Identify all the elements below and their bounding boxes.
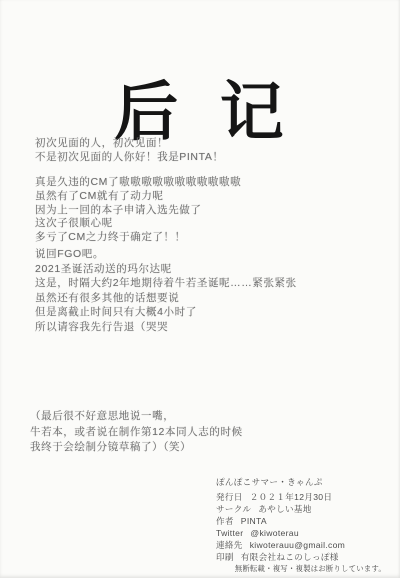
colophon-value: ２０２１年12月30日 [250,491,333,503]
colophon-row-printer: 印刷 有限会社ねこのしっぽ様 [216,551,345,563]
text-line: 但是离截止时间只有大概4小时了 [35,305,297,320]
text-line: 这次子很顺心呢 [35,217,241,231]
text-line: 虽然有了CM就有了动力呢 [35,190,241,204]
text-line: 牛若本，或者说在制作第12本同人志的时候 [30,425,243,441]
fgo-paragraph: 说回FGO吧。 2021圣诞活动送的玛尔达呢 这是，时隔大约2年地期待着牛若圣诞… [35,247,297,335]
colophon-row-twitter: Twitter @kiwoterau [216,527,345,539]
text-line: 虽然还有很多其他的话想要说 [35,291,297,306]
afterword-page: 后 记 初次见面的人，初次见面！ 不是初次见面的人你好！我是PINTA！ 真是久… [0,0,400,578]
text-line: 因为上一回的本子申请入选先做了 [35,204,241,218]
postscript-paragraph: （最后很不好意思地说一嘴， 牛若本，或者说在制作第12本同人志的时候 我终于会绘… [30,409,243,456]
text-line: 2021圣诞活动送的玛尔达呢 [35,262,297,277]
text-line: 真是久违的CM了嗷嗷嗷嗷嗷嗷嗷嗷嗷嗷嗷 [35,176,241,190]
text-line: 初次见面的人，初次见面！ [35,136,224,150]
colophon-value: PINTA [241,515,267,527]
text-line: 多亏了CM之力终于确定了！！ [35,231,241,245]
colophon-row-circle: サークル あやしい基地 [216,503,345,515]
colophon-value: あやしい基地 [258,503,311,515]
colophon-row-contact: 連絡先 kiwoterauu@gmail.com [216,539,345,551]
colophon-label: 連絡先 [216,539,243,551]
copyright-notice: 無断転載・複写・複製はお断りしています。 [235,563,386,574]
text-line: 我终于会绘制分镜草稿了）（笑） [30,440,243,456]
colophon-value: kiwoterauu@gmail.com [250,539,345,551]
text-line: 所以请容我先行告退（哭哭 [35,320,297,335]
colophon-label: サークル [216,503,251,515]
colophon-value: 有限会社ねこのしっぽ様 [241,551,339,563]
text-line: 这是，时隔大约2年地期待着牛若圣诞呢……紧张紧张 [35,276,297,291]
text-line: 说回FGO吧。 [35,247,297,262]
colophon-label: 作者 [216,515,234,527]
colophon: ぽんぽこサマー・きゃんぷ 発行日 ２０２１年12月30日 サークル あやしい基地… [216,476,345,564]
colophon-label: Twitter [216,527,243,539]
text-line: （最后很不好意思地说一嘴， [30,409,243,425]
colophon-value: @kiwoterau [250,527,299,539]
colophon-row-publish-date: 発行日 ２０２１年12月30日 [216,491,345,503]
book-title: ぽんぽこサマー・きゃんぷ [216,476,345,488]
colophon-row-author: 作者 PINTA [216,515,345,527]
colophon-label: 印刷 [216,551,234,563]
colophon-label: 発行日 [216,491,243,503]
greeting-paragraph: 初次见面的人，初次见面！ 不是初次见面的人你好！我是PINTA！ [35,136,224,164]
comic-market-paragraph: 真是久违的CM了嗷嗷嗷嗷嗷嗷嗷嗷嗷嗷嗷 虽然有了CM就有了动力呢 因为上一回的本… [35,176,241,245]
text-line: 不是初次见面的人你好！我是PINTA！ [35,150,224,164]
